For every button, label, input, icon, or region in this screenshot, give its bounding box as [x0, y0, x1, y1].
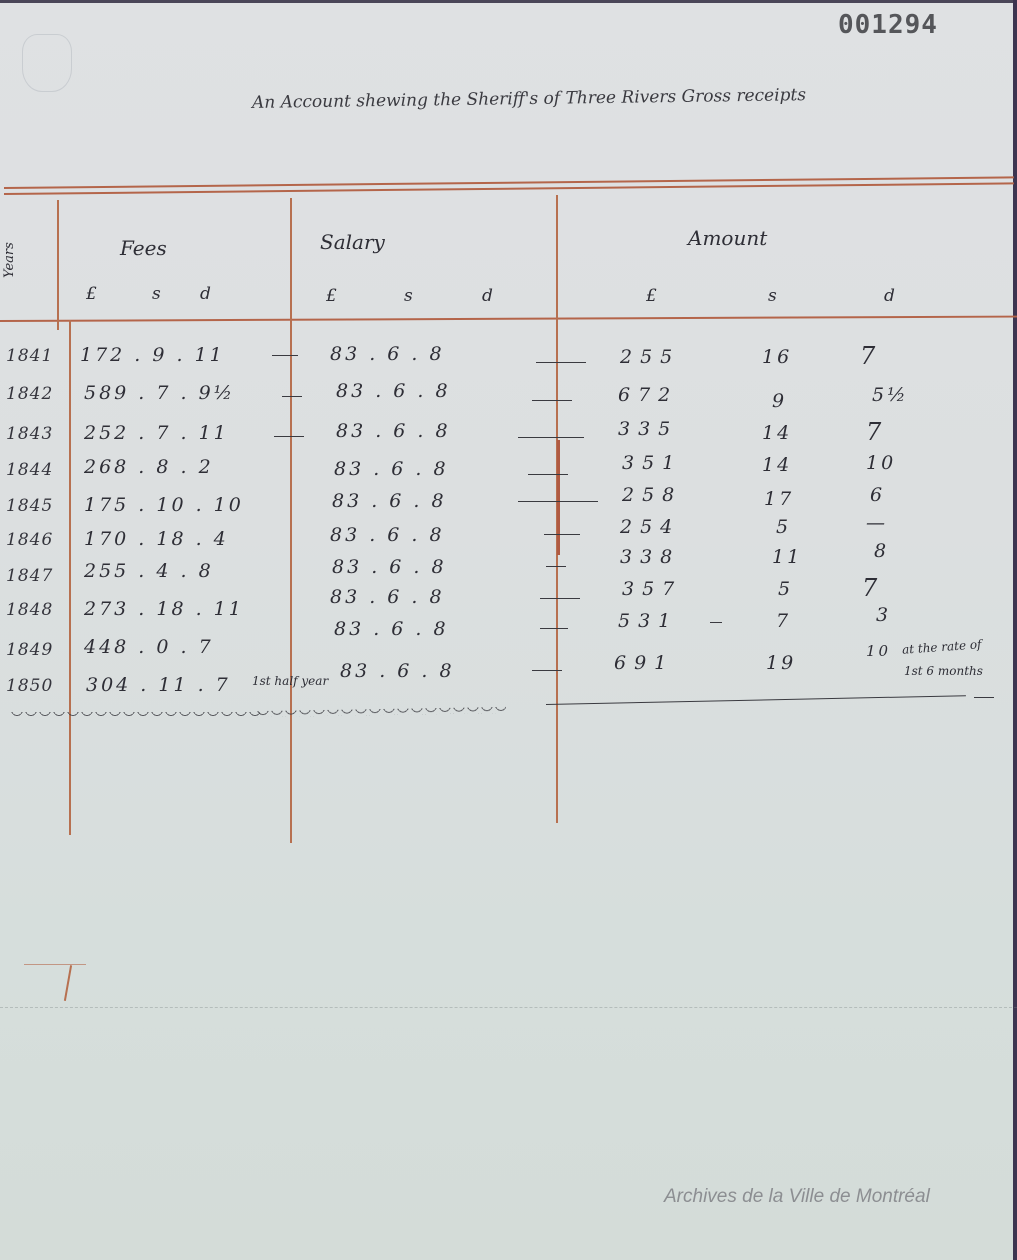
row-separator: [540, 598, 580, 599]
row-separator: [282, 396, 302, 397]
fees-unit-shillings: s: [152, 284, 161, 304]
lower-mark-cross: [24, 964, 86, 965]
salary-cell: 83 . 6 . 8: [336, 380, 451, 402]
salary-header: Salary: [320, 230, 385, 254]
pounds-dash: [710, 622, 722, 623]
row-separator: [528, 474, 568, 475]
amount-pence-cell: 7: [866, 418, 884, 446]
amount-shillings-cell: 7: [776, 610, 791, 632]
amount-shillings-cell: 17: [764, 488, 794, 510]
salary-cell: 83 . 6 . 8: [336, 420, 451, 442]
amount-pence-cell: 5½: [872, 384, 909, 406]
scan-edge-right: [1013, 0, 1017, 1260]
fees-unit-pounds: £: [86, 284, 97, 304]
salary-unit-shillings: s: [404, 286, 413, 306]
amount-shillings-cell: 11: [772, 546, 802, 568]
amount-shillings-cell: 16: [762, 346, 792, 368]
row-separator: [518, 501, 598, 502]
top-rule-2: [4, 182, 1014, 195]
fees-cell: 170 . 18 . 4: [84, 528, 229, 550]
amount-pounds-cell: 255: [620, 346, 680, 368]
fees-unit-pence: d: [200, 284, 211, 304]
salary-unit-pence: d: [482, 286, 493, 306]
year-cell: 1841: [6, 346, 53, 366]
archive-watermark: Archives de la Ville de Montréal: [664, 1186, 930, 1208]
fees-cell: 172 . 9 . 11: [80, 344, 225, 366]
fees-cell: 268 . 8 . 2: [84, 456, 214, 478]
reference-number: 001294: [838, 10, 938, 40]
amount-pounds-cell: 258: [622, 484, 682, 506]
salary-cell: 83 . 6 . 8: [334, 618, 449, 640]
amount-shillings-cell: 14: [762, 454, 792, 476]
year-cell: 1847: [6, 566, 53, 586]
closing-line-right: [546, 695, 966, 705]
salary-cell: 83 . 6 . 8: [330, 586, 445, 608]
lower-mark: [64, 965, 72, 1001]
fees-cell: 273 . 18 . 11: [84, 598, 244, 620]
amount-pounds-cell: 338: [620, 546, 680, 568]
salary-cell: 83 . 6 . 8: [332, 490, 447, 512]
salary-cell: 83 . 6 . 8: [334, 458, 449, 480]
year-cell: 1846: [6, 530, 53, 550]
amount-pounds-cell: 335: [618, 418, 678, 440]
amount-note-line2: 1st 6 months: [904, 664, 983, 678]
row-separator: [546, 566, 566, 567]
amount-header: Amount: [688, 226, 767, 250]
amount-unit-pence: d: [884, 286, 895, 306]
amount-pounds-cell: 357: [622, 578, 682, 600]
fees-cell: 252 . 7 . 11: [84, 422, 229, 444]
amount-pence-cell: 6: [870, 484, 885, 506]
row-separator: [532, 670, 562, 671]
row-separator: [272, 355, 298, 356]
amount-pence-cell: —: [866, 512, 888, 534]
column-line-salary: [290, 198, 292, 843]
year-cell: 1850: [6, 676, 53, 696]
amount-pounds-cell: 254: [620, 516, 680, 538]
years-header: Years: [2, 242, 17, 278]
amount-pounds-cell: 531: [618, 610, 678, 632]
amount-pounds-cell: 672: [618, 384, 678, 406]
amount-shillings-cell: 19: [766, 652, 796, 674]
amount-pence-cell: 3: [876, 604, 891, 626]
fees-header: Fees: [120, 236, 167, 260]
paper-fold: [0, 1007, 1017, 1009]
fees-cell: 175 . 10 . 10: [84, 494, 244, 516]
row-separator: [544, 534, 580, 535]
salary-cell: 83 . 6 . 8: [330, 524, 445, 546]
year-cell: 1844: [6, 460, 53, 480]
row-separator: [532, 400, 572, 401]
row-separator: [540, 628, 568, 629]
amount-shillings-cell: 9: [772, 390, 787, 412]
year-cell: 1845: [6, 496, 53, 516]
closing-line-end: [974, 697, 994, 698]
column-line-amount-inner: [557, 440, 560, 555]
closing-wavy-line-mid: [256, 707, 506, 719]
amount-shillings-cell: 14: [762, 422, 792, 444]
amount-unit-pounds: £: [646, 286, 657, 306]
salary-cell: 83 . 6 . 8: [332, 556, 447, 578]
closing-wavy-line-left: [10, 712, 260, 720]
amount-unit-shillings: s: [768, 286, 777, 306]
fees-cell: 448 . 0 . 7: [84, 636, 214, 658]
row-separator: [536, 362, 586, 363]
salary-unit-pounds: £: [326, 286, 337, 306]
document-title: An Account shewing the Sheriff's of Thre…: [252, 83, 952, 113]
header-rule: [0, 316, 1017, 322]
amount-pence-cell: 10: [866, 642, 891, 660]
year-cell: 1843: [6, 424, 53, 444]
amount-pence-cell: 7: [862, 574, 880, 602]
row-separator: [274, 436, 304, 437]
amount-pence-cell: 10: [866, 452, 896, 474]
fees-note: 1st half year: [252, 674, 328, 688]
amount-shillings-cell: 5: [776, 516, 791, 538]
fees-cell: 589 . 7 . 9½: [84, 382, 235, 404]
year-cell: 1849: [6, 640, 53, 660]
amount-shillings-cell: 5: [778, 578, 793, 600]
amount-pence-cell: 7: [860, 342, 878, 370]
salary-cell: 83 . 6 . 8: [340, 660, 455, 682]
year-cell: 1842: [6, 384, 53, 404]
amount-note-line1: at the rate of: [902, 637, 982, 657]
amount-pounds-cell: 351: [622, 452, 682, 474]
year-cell: 1848: [6, 600, 53, 620]
scan-edge-top: [0, 0, 1017, 3]
embossed-seal: [22, 34, 72, 92]
column-line-fees: [69, 320, 71, 835]
amount-pounds-cell: 691: [614, 652, 674, 674]
amount-pence-cell: 8: [874, 540, 889, 562]
fees-cell: 304 . 11 . 7: [86, 674, 231, 696]
fees-cell: 255 . 4 . 8: [84, 560, 214, 582]
salary-cell: 83 . 6 . 8: [330, 343, 445, 365]
row-separator: [518, 437, 584, 438]
column-line-years: [57, 200, 59, 330]
